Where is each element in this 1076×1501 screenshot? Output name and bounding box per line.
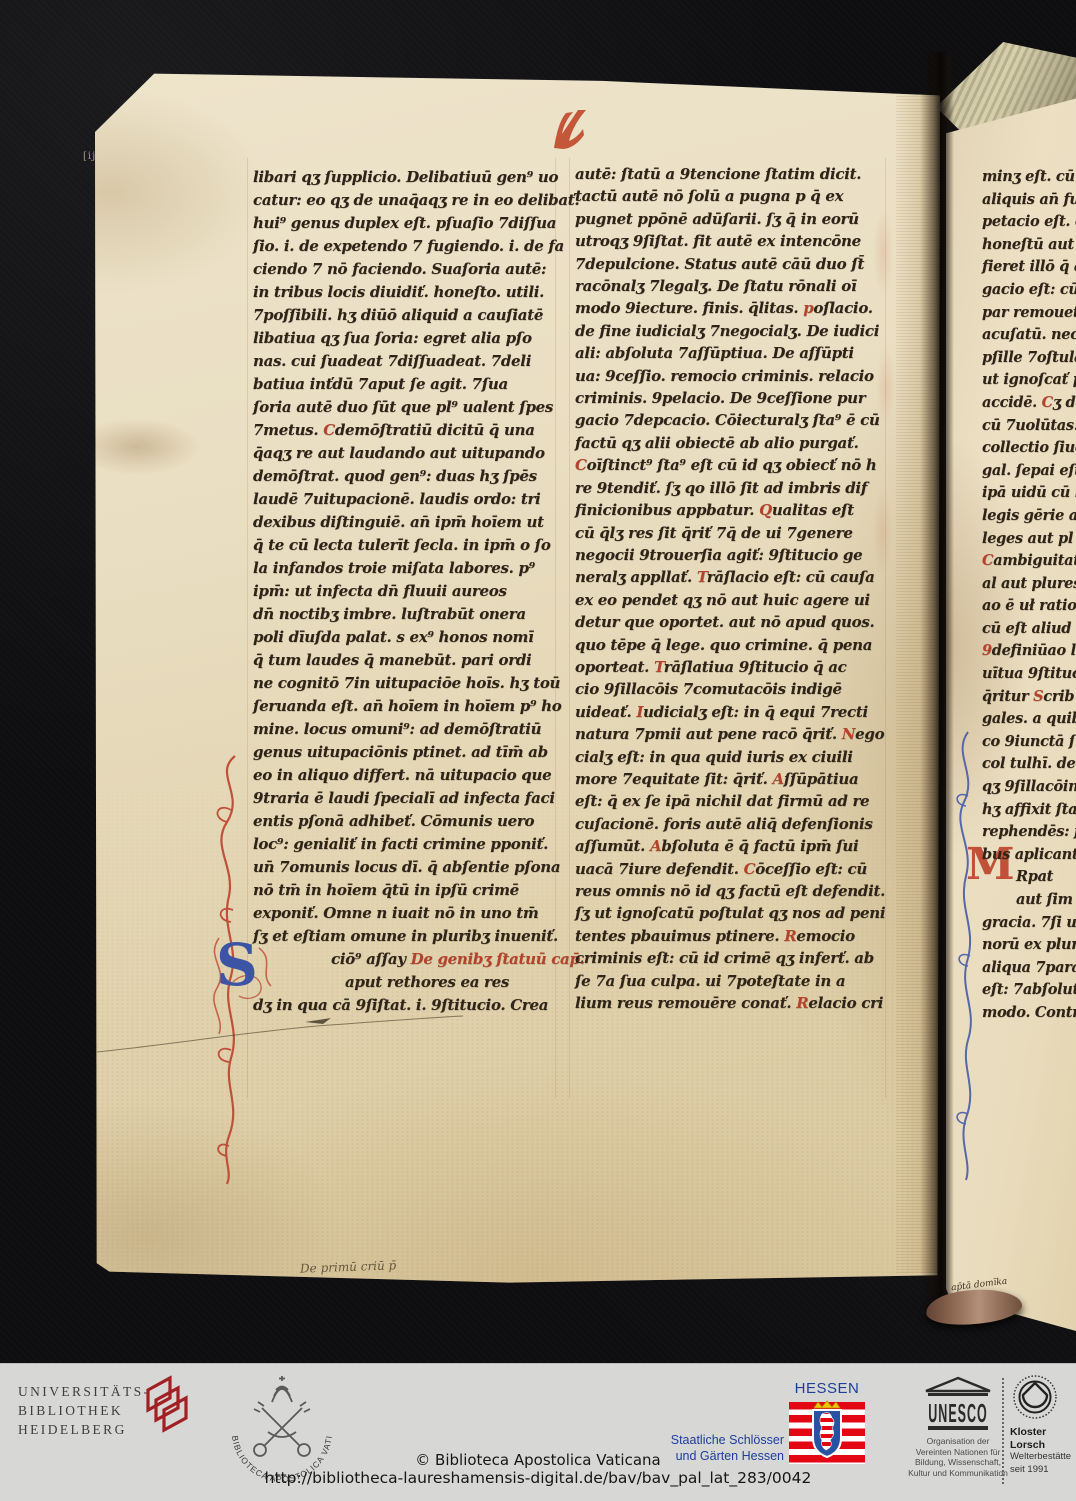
text-line: cio 9ſillacōis 7comutacōis indigē bbox=[575, 678, 879, 700]
text-line: oporteat. Trāſlatiua 9ſtitucio q̄ ac bbox=[575, 656, 879, 678]
text-line: cuſacionē. foris autē aliq̄ defenſionis bbox=[575, 813, 879, 835]
quire-mark-icon bbox=[550, 108, 590, 152]
ub-line: UNIVERSITÄTS- bbox=[18, 1382, 150, 1401]
copyright-line: © Biblioteca Apostolica Vaticana bbox=[0, 1451, 1076, 1469]
text-line: par remoueť hʒ bbox=[982, 302, 1076, 325]
text-line: q̄ te cū lecta tulerīt ſecla. in ipm̄ o … bbox=[253, 534, 559, 557]
lorsch-name: Kloster Lorsch bbox=[1010, 1426, 1076, 1451]
text-line: autē: ſtatū a 9tencione ſtatim dicit. bbox=[575, 163, 879, 185]
text-line: eo in aliquo differt. nā uitupacio que bbox=[253, 764, 559, 787]
text-line: exponiť. Omne n iuait nō in uno tm̄ bbox=[253, 902, 559, 925]
text-line: ut ignoſcať p bbox=[982, 369, 1076, 392]
catchword: De primū criū p̄ bbox=[300, 1258, 397, 1275]
text-column-facing: minʒ eſt. cū ialiquis an̄ fuipetacio eſt… bbox=[982, 166, 1076, 1025]
text-line: dn̄ noctibʒ imbre. luſtrabūt onera bbox=[253, 603, 559, 626]
text-line: eſt: q̄ ex ſe ipā nichil dat firmū ad re bbox=[575, 790, 879, 812]
text-line: criminis eſt: cū id crimē qʒ inferť. ab bbox=[575, 947, 879, 969]
text-line: qʒ 9ſillacōin bbox=[982, 776, 1076, 799]
text-line: ciō⁹ aſſay De genibʒ ſtatuū cap̄. bbox=[253, 948, 559, 971]
text-line: ali: abſoluta 7aſſūptiua. De aſſūpti bbox=[575, 342, 879, 364]
illuminated-initial-s: S bbox=[216, 936, 258, 994]
text-line: tentes pbauimus ptinere. Remocio bbox=[575, 925, 879, 947]
text-line: modo. Contrib bbox=[982, 1002, 1076, 1025]
text-column-right: autē: ſtatū a 9tencione ſtatim dicit.tac… bbox=[575, 163, 879, 1014]
text-line: aliqua 7paraciō bbox=[982, 957, 1076, 980]
page-edge-stack bbox=[896, 78, 940, 1273]
text-line: ſe 7a ſua culpa. ui 7poteſtate in a bbox=[575, 970, 879, 992]
text-line: ex eo pendet qʒ nō aut huic agere ui bbox=[575, 589, 879, 611]
text-line: gacio 7depcacio. Cōiecturalʒ ſta⁹ ē cū bbox=[575, 409, 879, 431]
ub-heidelberg-wordmark: UNIVERSITÄTS- BIBLIOTHEK HEIDELBERG bbox=[18, 1382, 150, 1439]
scan-background: [ij] libari qʒ ſupplicio. Delibatiuū gen… bbox=[0, 0, 1076, 1501]
text-line: bus aplicant bbox=[982, 844, 1076, 867]
text-line: 7poſſibili. hʒ diūō aliquid a cauſiatē bbox=[253, 304, 559, 327]
ruling-line bbox=[885, 158, 886, 1098]
text-line: leges aut pl bbox=[982, 528, 1076, 551]
unesco-acronym: UNESCO bbox=[928, 1399, 987, 1428]
text-line: al aut plures bbox=[982, 573, 1076, 596]
text-line: 7depulcione. Status autē cāū duo ſt̄ bbox=[575, 253, 879, 275]
manuscript-page-recto-sliver: M minʒ eſt. cū ialiquis an̄ fuipetacio e… bbox=[946, 86, 1076, 1331]
text-line: hui⁹ genus duplex eſt. pſuaſio 7diſſua bbox=[253, 212, 559, 235]
text-line: aſſumūt. Abſoluta ē q̄ factū ipm̄ ſui bbox=[575, 835, 879, 857]
text-line: in tribus locis diuidiť. honeſto. utili. bbox=[253, 281, 559, 304]
text-line: libari qʒ ſupplicio. Delibatiuū gen⁹ uo bbox=[253, 166, 559, 189]
text-line: utroqʒ 9ſiſtat. fit autē ex intencōne bbox=[575, 230, 879, 252]
text-line: uītua 9ſtituc bbox=[982, 663, 1076, 686]
world-heritage-emblem-icon bbox=[1012, 1374, 1058, 1420]
text-line: col tulhī. decē q bbox=[982, 753, 1076, 776]
text-line: Rpat bbox=[982, 866, 1076, 889]
text-line: aliquis an̄ fui bbox=[982, 189, 1076, 212]
text-line: racōnalʒ 7legalʒ. De ſtatu rōnali oī bbox=[575, 275, 879, 297]
text-line: un̄ 7omunis locus dī. q̄ abſentie pſona bbox=[253, 856, 559, 879]
text-line: pugnet ppōnē adūſarii. ſʒ q̄ in eorū bbox=[575, 208, 879, 230]
text-line: ipā uidū cū l bbox=[982, 482, 1076, 505]
text-line: Cambiguitat e bbox=[982, 550, 1076, 573]
text-line: gal. ſepai eſt bbox=[982, 460, 1076, 483]
text-line: 9traria ē laudi ſpecialī ad infecta faci bbox=[253, 787, 559, 810]
text-line: loc⁹: genialiť in facti crimine pponiť. bbox=[253, 833, 559, 856]
text-line: catur: eo qʒ de unaq̄aqʒ re in eo deliba… bbox=[253, 189, 559, 212]
text-line: cū q̄lʒ res ſit q̄riť 7q̄ de ui 7genere bbox=[575, 522, 879, 544]
text-line: de fine iudicialʒ 7negocialʒ. De iudici bbox=[575, 320, 879, 342]
text-line: uacā 7iure defendit. Cōceſſio eſt: cū bbox=[575, 858, 879, 880]
ub-line: HEIDELBERG bbox=[18, 1420, 150, 1439]
text-line: neralʒ appllať. Trāſlacio eſt: cū cauſa bbox=[575, 566, 879, 588]
text-line: criminis. 9pelacio. De 9ceſſione pur bbox=[575, 387, 879, 409]
text-line: q̄aqʒ re aut laudando aut uitupando bbox=[253, 442, 559, 465]
text-line: cū 7uolūtas. ly bbox=[982, 415, 1076, 438]
hessen-org-line: Staatliche Schlösser bbox=[610, 1432, 784, 1448]
text-line: ao ē uł ratio ci bbox=[982, 595, 1076, 618]
text-line: legis gērie a bbox=[982, 505, 1076, 528]
text-line: gracia. 7ſi uī bbox=[982, 912, 1076, 935]
text-line: uideať. Iudicialʒ eſt: in q̄ equi 7recti bbox=[575, 701, 879, 723]
text-line: libatiua qʒ ſua ſoria: egret alia pſo bbox=[253, 327, 559, 350]
text-line: gales. a quibʒ bbox=[982, 708, 1076, 731]
text-line: lium reus remouēre conať. Relacio cri bbox=[575, 992, 879, 1014]
text-line: aput rethores ea res bbox=[253, 971, 559, 994]
text-line: Coīſtinct⁹ ſta⁹ eſt cū id qʒ obiecť nō h bbox=[575, 454, 879, 476]
text-line: modo 9iecture. finis. q̄litas. poſlacio. bbox=[575, 297, 879, 319]
text-line: natura 7pmii aut pene racō q̄riť. Nego bbox=[575, 723, 879, 745]
text-line: batiua inťdū 7aput ſe agit. 7ſua bbox=[253, 373, 559, 396]
text-line: collectio ſiue ra bbox=[982, 437, 1076, 460]
text-line: re 9tendiť. ſʒ qo illō ſit ad imbris dif bbox=[575, 477, 879, 499]
footer-bar: UNIVERSITÄTS- BIBLIOTHEK HEIDELBERG bbox=[0, 1363, 1076, 1501]
parchment-crack bbox=[95, 1008, 465, 1064]
text-column-left: libari qʒ ſupplicio. Delibatiuū gen⁹ uoc… bbox=[253, 166, 559, 1017]
text-line: cū eſt aliud qʒ bbox=[982, 618, 1076, 641]
text-line: ſeruanda eſt. an̄ hoīem in hoīem p⁹ ho bbox=[253, 695, 559, 718]
text-line: hʒ affixit ſtat bbox=[982, 799, 1076, 822]
text-line: accidē. Cʒ de ſt bbox=[982, 392, 1076, 415]
text-line: rephendēs: ſc bbox=[982, 821, 1076, 844]
hessen-title: HESSEN bbox=[789, 1380, 865, 1397]
text-line: ſʒ et eſtiam omune in pluribʒ inueniť. bbox=[253, 925, 559, 948]
text-line: q̄ tum laudes q̄ manebūt. pari ordi bbox=[253, 649, 559, 672]
unesco-caption-line: Organisation der bbox=[892, 1436, 1024, 1447]
text-line: negocii 9trouerſia agiť: 9ſtitucio ge bbox=[575, 544, 879, 566]
unesco-logo-icon: UNESCO bbox=[922, 1376, 994, 1432]
text-line: ipm̄: ut infecta dn̄ fluuii aureos bbox=[253, 580, 559, 603]
text-line: ſio. i. de expetendo 7 fugiendo. i. de f… bbox=[253, 235, 559, 258]
ub-line: BIBLIOTHEK bbox=[18, 1401, 150, 1420]
text-line: co 9iunctā ſui bbox=[982, 731, 1076, 754]
text-line: cialʒ eſt: in qua quid iuris ex ciuili bbox=[575, 746, 879, 768]
text-line: finicionibus appbatur. Qualitas eſt bbox=[575, 499, 879, 521]
text-line: honeſtū aut u bbox=[982, 234, 1076, 257]
text-line: fieret illō q̄ aī bbox=[982, 256, 1076, 279]
text-line: norū ex pluribʒ bbox=[982, 934, 1076, 957]
text-line: gacio eſt: cū fa bbox=[982, 279, 1076, 302]
ub-heidelberg-logo-icon bbox=[136, 1370, 194, 1442]
text-line: ciendo 7 nō faciendo. Suaſoria autē: bbox=[253, 258, 559, 281]
text-line: reus omnis nō id qʒ factū eſt defendit. bbox=[575, 880, 879, 902]
text-line: quo tēpe q̄ lege. quo crimine. q̄ pena bbox=[575, 634, 879, 656]
text-line: mine. locus omuni⁹: ad demōſtratiū bbox=[253, 718, 559, 741]
text-line: 7metus. Cdemōſtratiū dicitū q̄ una bbox=[253, 419, 559, 442]
text-line: pſille 7oſtulat bbox=[982, 347, 1076, 370]
text-line: factū qʒ alii obiectē ab alio purgať. bbox=[575, 432, 879, 454]
text-line: la infandos troie miſata labores. p⁹ bbox=[253, 557, 559, 580]
text-line: detur que oportet. aut nō apud quos. bbox=[575, 611, 879, 633]
source-url: http://bibliotheca-laureshamensis-digita… bbox=[0, 1469, 1076, 1487]
text-line: ſʒ ut ignoſcatū poſtulat qʒ nos ad peni bbox=[575, 902, 879, 924]
text-line: poli dīuſda palat. s ex⁹ honos nomī bbox=[253, 626, 559, 649]
text-line: genus uitupaciōnis ptinet. ad tīm̄ ab bbox=[253, 741, 559, 764]
text-line: entis pſonā adhibeť. Cōmunis uero bbox=[253, 810, 559, 833]
text-line: aut ſim bbox=[982, 889, 1076, 912]
manuscript-page-verso: libari qʒ ſupplicio. Delibatiuū gen⁹ uoc… bbox=[95, 70, 940, 1285]
text-line: tactū autē nō ſolū a pugna p q̄ ex bbox=[575, 185, 879, 207]
blue-margin-flourish bbox=[946, 726, 986, 1186]
text-line: ne cognitō 7in uitupaciōe hoīs. hʒ toū bbox=[253, 672, 559, 695]
text-line: eſt: 7abſoluta bbox=[982, 979, 1076, 1002]
text-line: petacio eſt. cū bbox=[982, 211, 1076, 234]
text-line: laudē 7uitupacionē. laudis ordo: tri bbox=[253, 488, 559, 511]
text-line: ſoria autē duo ſūt que pl⁹ ualent ſpes bbox=[253, 396, 559, 419]
text-line: nas. cui ſuadeat 7diſſuadeat. 7deli bbox=[253, 350, 559, 373]
text-line: minʒ eſt. cū i bbox=[982, 166, 1076, 189]
text-line: 9definiūao legalʒ bbox=[982, 640, 1076, 663]
text-line: q̄ritur Scrib bbox=[982, 686, 1076, 709]
text-line: dexibus diſtinguiē. an̄ ipm̄ hoīem ut bbox=[253, 511, 559, 534]
text-line: ua: 9ceſſio. remocio criminis. relacio bbox=[575, 365, 879, 387]
text-line: demōſtrat. quod gen⁹: duas hʒ ſpēs bbox=[253, 465, 559, 488]
text-line: acuſatū. neceſſ bbox=[982, 324, 1076, 347]
text-line: more 7equitate ſit: q̄riť. Aſſūpātiua bbox=[575, 768, 879, 790]
text-line: nō tm̄ in hoīem q̄tū in ipſū crimē bbox=[253, 879, 559, 902]
